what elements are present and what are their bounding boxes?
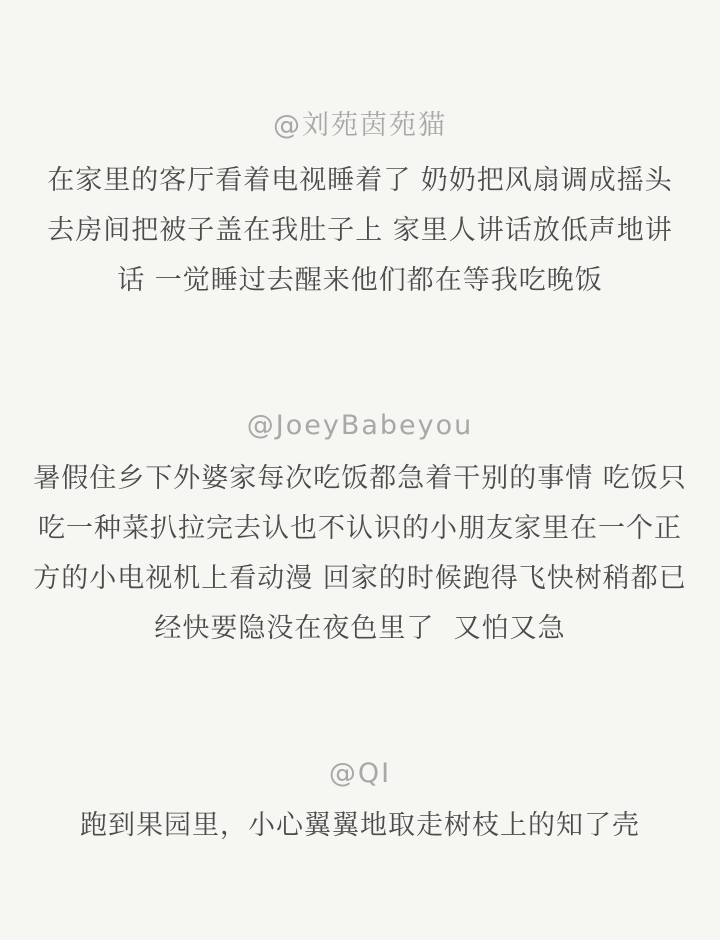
quote-page: @刘苑茵苑猫 在家里的客厅看着电视睡着了 奶奶把风扇调成摇头 去房间把被子盖在我… (0, 0, 720, 940)
post-line: 吃一种菜扒拉完去认也不认识的小朋友家里在一个正 (0, 506, 720, 552)
post-line: 方的小电视机上看动漫 回家的时候跑得飞快树稍都已 (0, 556, 720, 602)
post-line: 经快要隐没在夜色里了 又怕又急 (0, 606, 720, 652)
post-username: @QI (0, 754, 720, 794)
post-line: 在家里的客厅看着电视睡着了 奶奶把风扇调成摇头 (0, 158, 720, 204)
post-line: 暑假住乡下外婆家每次吃饭都急着干别的事情 吃饭只 (0, 456, 720, 502)
post-username: @JoeyBabeyou (0, 406, 720, 446)
post-line: 话 一觉睡过去醒来他们都在等我吃晚饭 (0, 258, 720, 304)
post-line: 跑到果园里，小心翼翼地取走树枝上的知了壳 (0, 803, 720, 849)
post-line: 去房间把被子盖在我肚子上 家里人讲话放低声地讲 (0, 208, 720, 254)
post-username: @刘苑茵苑猫 (0, 106, 720, 146)
